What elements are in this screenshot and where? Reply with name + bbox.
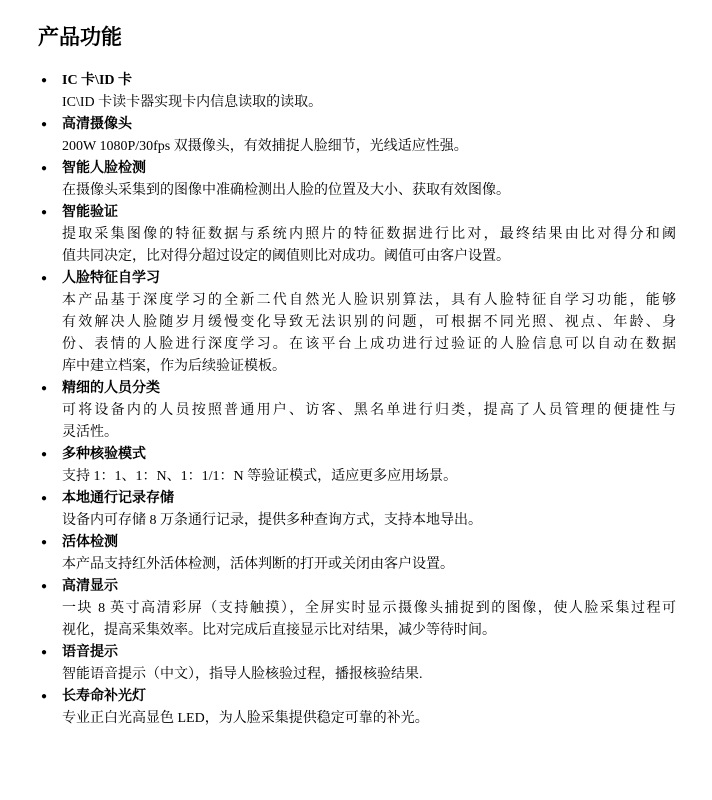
feature-description: 设备内可存储 8 万条通行记录，提供多种查询方式，支持本地导出。: [62, 510, 676, 532]
feature-item: ● 智能人脸检测 在摄像头采集到的图像中准确检测出人脸的位置及大小、获取有效图像…: [38, 158, 676, 202]
feature-title: IC 卡\ID 卡: [62, 70, 676, 92]
feature-description: 200W 1080P/30fps 双摄像头，有效捕捉人脸细节，光线适应性强。: [62, 136, 676, 158]
feature-description-line: 智能语音提示（中文），指导人脸核验过程，播报核验结果.: [62, 664, 676, 686]
feature-description-line: 本产品支持红外活体检测，活体判断的打开或关闭由客户设置。: [62, 554, 676, 576]
feature-description: 专业正白光高显色 LED，为人脸采集提供稳定可靠的补光。: [62, 708, 676, 730]
feature-description-line: 一块 8 英寸高清彩屏（支持触摸），全屏实时显示摄像头捕捉到的图像，使人脸采集过…: [62, 598, 676, 620]
feature-list: ● IC 卡\ID 卡 IC\ID 卡读卡器实现卡内信息读取的读取。 ● 高清摄…: [38, 70, 676, 730]
feature-item: ● IC 卡\ID 卡 IC\ID 卡读卡器实现卡内信息读取的读取。: [38, 70, 676, 114]
feature-description-line: 库中建立档案，作为后续验证模板。: [62, 356, 676, 378]
feature-description: 可将设备内的人员按照普通用户、访客、黑名单进行归类，提高了人员管理的便捷性与灵活…: [62, 400, 676, 444]
feature-description: IC\ID 卡读卡器实现卡内信息读取的读取。: [62, 92, 676, 114]
bullet-icon: ●: [41, 488, 55, 510]
feature-description: 本产品基于深度学习的全新二代自然光人脸识别算法，具有人脸特征自学习功能，能够有效…: [62, 290, 676, 378]
feature-description-line: 200W 1080P/30fps 双摄像头，有效捕捉人脸细节，光线适应性强。: [62, 136, 676, 158]
feature-description: 支持 1：1、1：N、1：1/1：N 等验证模式，适应更多应用场景。: [62, 466, 676, 488]
document-page: 产品功能 ● IC 卡\ID 卡 IC\ID 卡读卡器实现卡内信息读取的读取。 …: [0, 0, 712, 800]
feature-item: ● 本地通行记录存储 设备内可存储 8 万条通行记录，提供多种查询方式，支持本地…: [38, 488, 676, 532]
bullet-icon: ●: [41, 378, 55, 400]
feature-item: ● 长寿命补光灯 专业正白光高显色 LED，为人脸采集提供稳定可靠的补光。: [38, 686, 676, 730]
feature-description-line: 本产品基于深度学习的全新二代自然光人脸识别算法，具有人脸特征自学习功能，能够: [62, 290, 676, 312]
feature-title: 人脸特征自学习: [62, 268, 676, 290]
bullet-icon: ●: [41, 202, 55, 224]
bullet-icon: ●: [41, 576, 55, 598]
feature-description-line: IC\ID 卡读卡器实现卡内信息读取的读取。: [62, 92, 676, 114]
bullet-icon: ●: [41, 268, 55, 290]
feature-title: 智能人脸检测: [62, 158, 676, 180]
bullet-icon: ●: [41, 70, 55, 92]
feature-item: ● 语音提示 智能语音提示（中文），指导人脸核验过程，播报核验结果.: [38, 642, 676, 686]
feature-description-line: 专业正白光高显色 LED，为人脸采集提供稳定可靠的补光。: [62, 708, 676, 730]
feature-item: ● 高清摄像头 200W 1080P/30fps 双摄像头，有效捕捉人脸细节，光…: [38, 114, 676, 158]
feature-title: 高清摄像头: [62, 114, 676, 136]
feature-item: ● 智能验证 提取采集图像的特征数据与系统内照片的特征数据进行比对，最终结果由比…: [38, 202, 676, 268]
feature-description-line: 视化，提高采集效率。比对完成后直接显示比对结果，减少等待时间。: [62, 620, 676, 642]
bullet-icon: ●: [41, 114, 55, 136]
feature-description-line: 值共同决定，比对得分超过设定的阈值则比对成功。阈值可由客户设置。: [62, 246, 676, 268]
feature-description: 一块 8 英寸高清彩屏（支持触摸），全屏实时显示摄像头捕捉到的图像，使人脸采集过…: [62, 598, 676, 642]
feature-title: 语音提示: [62, 642, 676, 664]
feature-item: ● 多种核验模式 支持 1：1、1：N、1：1/1：N 等验证模式，适应更多应用…: [38, 444, 676, 488]
feature-description-line: 灵活性。: [62, 422, 676, 444]
feature-title: 本地通行记录存储: [62, 488, 676, 510]
bullet-icon: ●: [41, 686, 55, 708]
page-title: 产品功能: [38, 24, 676, 50]
bullet-icon: ●: [41, 642, 55, 664]
feature-description: 在摄像头采集到的图像中准确检测出人脸的位置及大小、获取有效图像。: [62, 180, 676, 202]
bullet-icon: ●: [41, 158, 55, 180]
feature-item: ● 高清显示 一块 8 英寸高清彩屏（支持触摸），全屏实时显示摄像头捕捉到的图像…: [38, 576, 676, 642]
feature-title: 智能验证: [62, 202, 676, 224]
feature-description-line: 提取采集图像的特征数据与系统内照片的特征数据进行比对，最终结果由比对得分和阈: [62, 224, 676, 246]
feature-title: 多种核验模式: [62, 444, 676, 466]
feature-item: ● 精细的人员分类 可将设备内的人员按照普通用户、访客、黑名单进行归类，提高了人…: [38, 378, 676, 444]
feature-description-line: 设备内可存储 8 万条通行记录，提供多种查询方式，支持本地导出。: [62, 510, 676, 532]
bullet-icon: ●: [41, 444, 55, 466]
feature-title: 长寿命补光灯: [62, 686, 676, 708]
feature-item: ● 活体检测 本产品支持红外活体检测，活体判断的打开或关闭由客户设置。: [38, 532, 676, 576]
feature-description-line: 份、表情的人脸进行深度学习。在该平台上成功进行过验证的人脸信息可以自动在数据: [62, 334, 676, 356]
feature-description-line: 在摄像头采集到的图像中准确检测出人脸的位置及大小、获取有效图像。: [62, 180, 676, 202]
feature-description-line: 有效解决人脸随岁月缓慢变化导致无法识别的问题，可根据不同光照、视点、年龄、身: [62, 312, 676, 334]
feature-description-line: 支持 1：1、1：N、1：1/1：N 等验证模式，适应更多应用场景。: [62, 466, 676, 488]
feature-description: 提取采集图像的特征数据与系统内照片的特征数据进行比对，最终结果由比对得分和阈值共…: [62, 224, 676, 268]
bullet-icon: ●: [41, 532, 55, 554]
feature-title: 高清显示: [62, 576, 676, 598]
feature-description-line: 可将设备内的人员按照普通用户、访客、黑名单进行归类，提高了人员管理的便捷性与: [62, 400, 676, 422]
feature-description: 智能语音提示（中文），指导人脸核验过程，播报核验结果.: [62, 664, 676, 686]
feature-item: ● 人脸特征自学习 本产品基于深度学习的全新二代自然光人脸识别算法，具有人脸特征…: [38, 268, 676, 378]
feature-title: 活体检测: [62, 532, 676, 554]
feature-description: 本产品支持红外活体检测，活体判断的打开或关闭由客户设置。: [62, 554, 676, 576]
feature-title: 精细的人员分类: [62, 378, 676, 400]
